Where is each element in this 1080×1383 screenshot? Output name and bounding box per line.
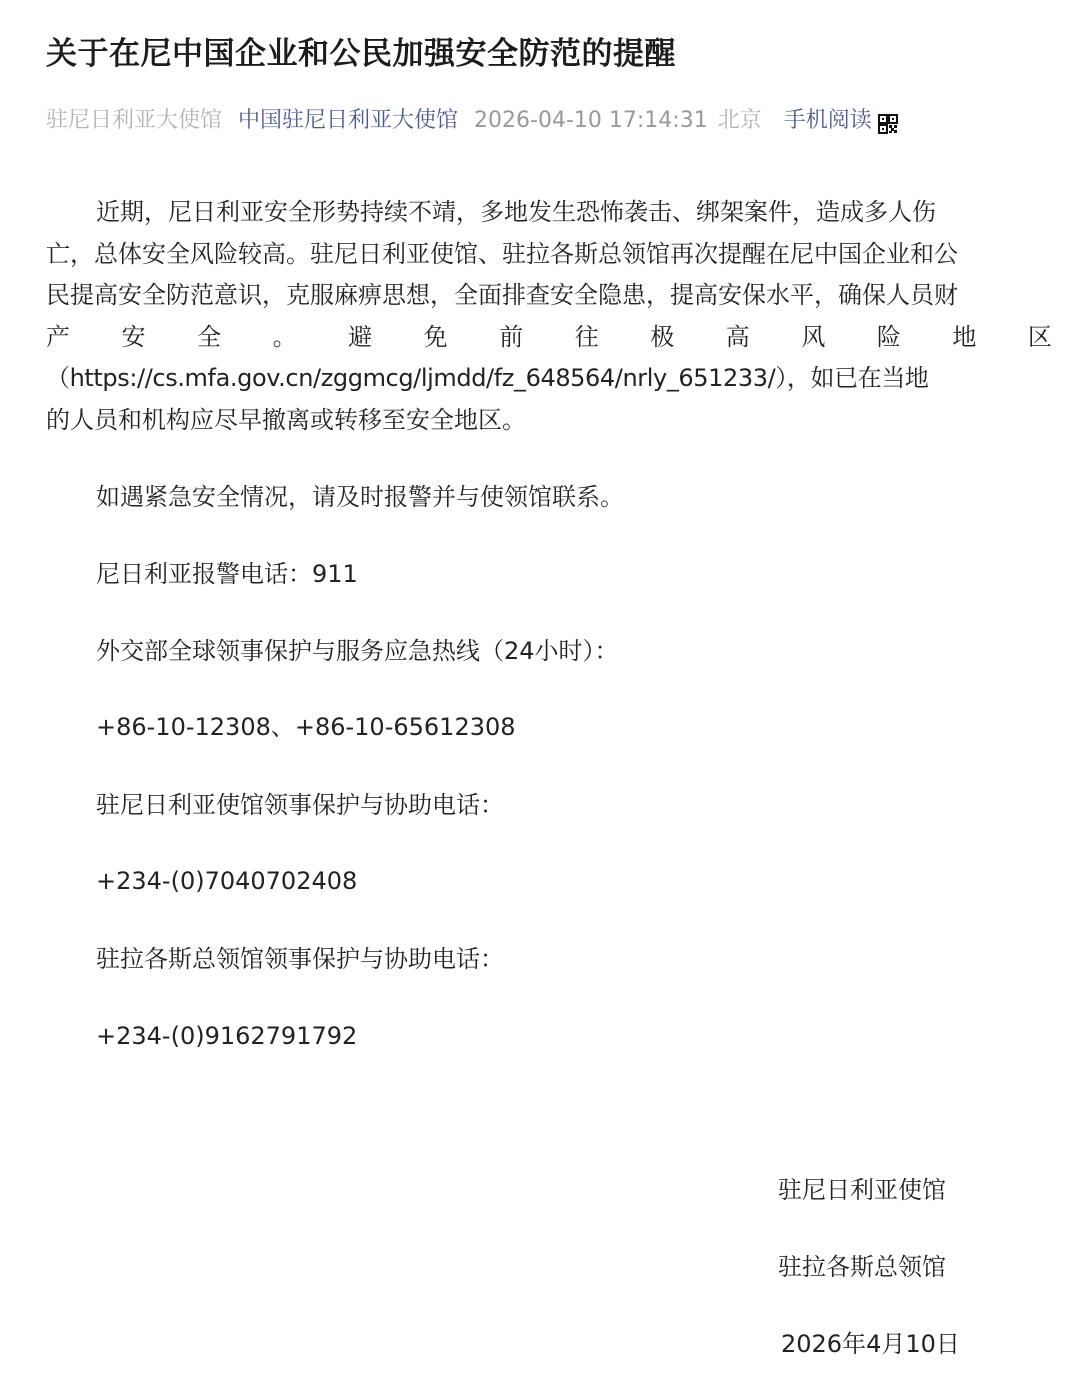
embassy-phone-number: +234-(0)7040702408 bbox=[96, 863, 357, 899]
qr-code-icon[interactable] bbox=[878, 111, 898, 131]
consulate-phone-number: +234-(0)9162791792 bbox=[96, 1018, 357, 1054]
signature-embassy: 驻尼日利亚使馆 bbox=[778, 1172, 946, 1208]
char: 极 bbox=[650, 317, 674, 359]
publish-location: 北京 bbox=[718, 104, 762, 138]
signature-date: 2026年4月10日 bbox=[781, 1326, 960, 1362]
mfa-hotline-numbers: +86-10-12308、+86-10-65612308 bbox=[96, 709, 516, 745]
article-title: 关于在尼中国企业和公民加强安全防范的提醒 bbox=[46, 34, 676, 74]
emergency-instruction: 如遇紧急安全情况，请及时报警并与使领馆联系。 bbox=[96, 479, 624, 515]
paragraph-line: 的人员和机构应尽早撤离或转移至安全地区。 bbox=[46, 400, 1052, 442]
char: 。 bbox=[273, 317, 297, 359]
embassy-phone-label: 驻尼日利亚使馆领事保护与协助电话： bbox=[96, 787, 504, 823]
char: 产 bbox=[46, 317, 70, 359]
mfa-hotline-label: 外交部全球领事保护与服务应急热线（24小时）： bbox=[96, 633, 619, 669]
paragraph-line: 近期，尼日利亚安全形势持续不靖，多地发生恐怖袭击、绑架案件，造成多人伤 bbox=[46, 192, 1052, 234]
char: 全 bbox=[197, 317, 221, 359]
source-link[interactable]: 中国驻尼日利亚大使馆 bbox=[238, 104, 458, 138]
publish-datetime: 2026-04-10 17:14:31 bbox=[474, 104, 708, 138]
article-meta: 驻尼日利亚大使馆 中国驻尼日利亚大使馆 2026-04-10 17:14:31 … bbox=[46, 104, 898, 138]
consulate-phone-label: 驻拉各斯总领馆领事保护与协助电话： bbox=[96, 941, 504, 977]
char: 前 bbox=[499, 317, 523, 359]
char: 避 bbox=[348, 317, 372, 359]
paragraph-line: 民提高安全防范意识，克服麻痹思想，全面排查安全隐患，提高安保水平，确保人员财 bbox=[46, 275, 1052, 317]
char: 免 bbox=[424, 317, 448, 359]
signature-consulate: 驻拉各斯总领馆 bbox=[778, 1249, 946, 1285]
char: 风 bbox=[801, 317, 825, 359]
char: 地 bbox=[952, 317, 976, 359]
paragraph-line-justified: 产 安 全 。 避 免 前 往 极 高 风 险 地 区 bbox=[46, 317, 1052, 359]
char: 往 bbox=[575, 317, 599, 359]
char: 险 bbox=[877, 317, 901, 359]
char: 安 bbox=[122, 317, 146, 359]
source-label: 驻尼日利亚大使馆 bbox=[46, 104, 222, 138]
paragraph-security-notice: 近期，尼日利亚安全形势持续不靖，多地发生恐怖袭击、绑架案件，造成多人伤 亡，总体… bbox=[46, 192, 1052, 441]
nigeria-police-phone: 尼日利亚报警电话：911 bbox=[96, 556, 358, 592]
paragraph-line: 亡，总体安全风险较高。驻尼日利亚使馆、驻拉各斯总领馆再次提醒在尼中国企业和公 bbox=[46, 234, 1052, 276]
mobile-read-link[interactable]: 手机阅读 bbox=[784, 104, 872, 138]
url-reference-line: （https://cs.mfa.gov.cn/zggmcg/ljmdd/fz_6… bbox=[46, 358, 1052, 400]
char: 区 bbox=[1028, 317, 1052, 359]
char: 高 bbox=[726, 317, 750, 359]
